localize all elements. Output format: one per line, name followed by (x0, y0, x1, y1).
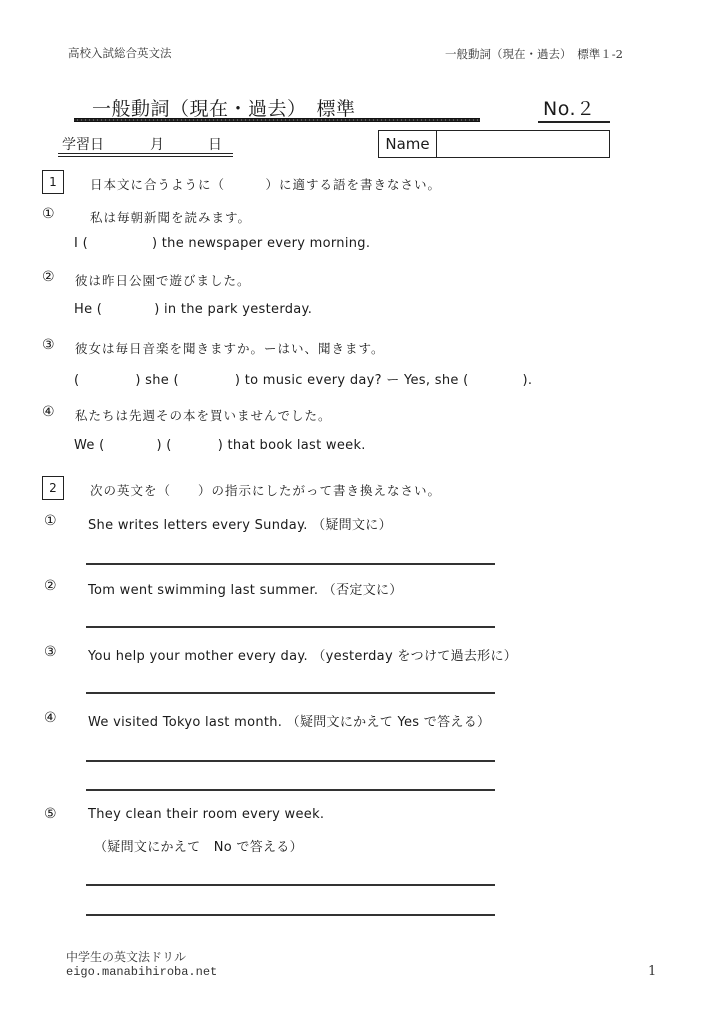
study-date-underline (58, 153, 233, 157)
s2-item-4-marker: ④ (44, 710, 57, 726)
section-1-instruction: 日本文に合うように（ ）に適する語を書きなさい。 (90, 175, 441, 193)
s2-item-1-text: She writes letters every Sunday. （疑問文に） (88, 514, 392, 533)
s2-item-5-note: （疑問文にかえて No で答える） (94, 836, 303, 855)
s2-item-4-text: We visited Tokyo last month. （疑問文にかえて Ye… (88, 711, 490, 730)
s1-item-2-japanese: 彼は昨日公園で遊びました。 (75, 271, 251, 289)
s1-item-3-english: () she () to music every day? ー Yes, she… (74, 369, 532, 388)
page-number-label: No.２ (543, 94, 596, 121)
s1-item-4-marker: ④ (42, 404, 55, 420)
name-field[interactable] (437, 131, 609, 157)
header-left: 高校入試総合英文法 (68, 45, 172, 61)
s2-item-3-marker: ③ (44, 644, 57, 660)
s1-item-3-japanese: 彼女は毎日音楽を聞きますか。ーはい、聞きます。 (75, 339, 385, 357)
s2-item-4-answer-line-2[interactable] (86, 789, 495, 791)
title-underline (74, 118, 480, 122)
footer-title: 中学生の英文法ドリル (66, 948, 186, 965)
s2-item-5-text: They clean their room every week. (88, 807, 324, 822)
section-2-number: 2 (42, 476, 64, 500)
s2-item-2-text: Tom went swimming last summer. （否定文に） (88, 579, 403, 598)
s2-item-5-marker: ⑤ (44, 806, 57, 822)
s2-item-2-answer-line[interactable] (86, 626, 495, 628)
s1-item-1-japanese: 私は毎朝新聞を読みます。 (90, 208, 251, 226)
study-date-label: 学習日 (62, 134, 104, 154)
s1-item-1-marker: ① (42, 206, 55, 222)
s1-item-4-japanese: 私たちは先週その本を買いませんでした。 (75, 406, 332, 424)
section-1-number: 1 (42, 170, 64, 194)
s1-item-1-english: I () the newspaper every morning. (74, 236, 370, 251)
s2-item-5-answer-line-1[interactable] (86, 884, 495, 886)
s1-item-2-marker: ② (42, 269, 55, 285)
s2-item-4-answer-line-1[interactable] (86, 760, 495, 762)
s1-item-2-english: He () in the park yesterday. (74, 302, 312, 317)
s1-item-4-english: We () () that book last week. (74, 438, 366, 453)
s2-item-1-marker: ① (44, 513, 57, 529)
header-right: 一般動詞（現在・過去） 標準１-2 (445, 46, 623, 62)
s2-item-3-answer-line[interactable] (86, 692, 495, 694)
s1-item-3-marker: ③ (42, 337, 55, 353)
page-number: 1 (648, 964, 656, 979)
study-date-month: 月 (150, 134, 164, 154)
s2-item-1-answer-line[interactable] (86, 563, 495, 565)
page-title: 一般動詞（現在・過去） 標準 (92, 94, 356, 121)
s2-item-3-text: You help your mother every day. （yesterd… (88, 645, 517, 664)
s2-item-2-marker: ② (44, 578, 57, 594)
number-underline (538, 121, 610, 123)
name-label: Name (379, 131, 437, 157)
study-date-day: 日 (208, 134, 222, 154)
section-2-instruction: 次の英文を（ ）の指示にしたがって書き換えなさい。 (90, 481, 441, 499)
s2-item-5-answer-line-2[interactable] (86, 914, 495, 916)
name-box: Name (378, 130, 610, 158)
footer-url[interactable]: eigo.manabihiroba.net (66, 965, 217, 979)
